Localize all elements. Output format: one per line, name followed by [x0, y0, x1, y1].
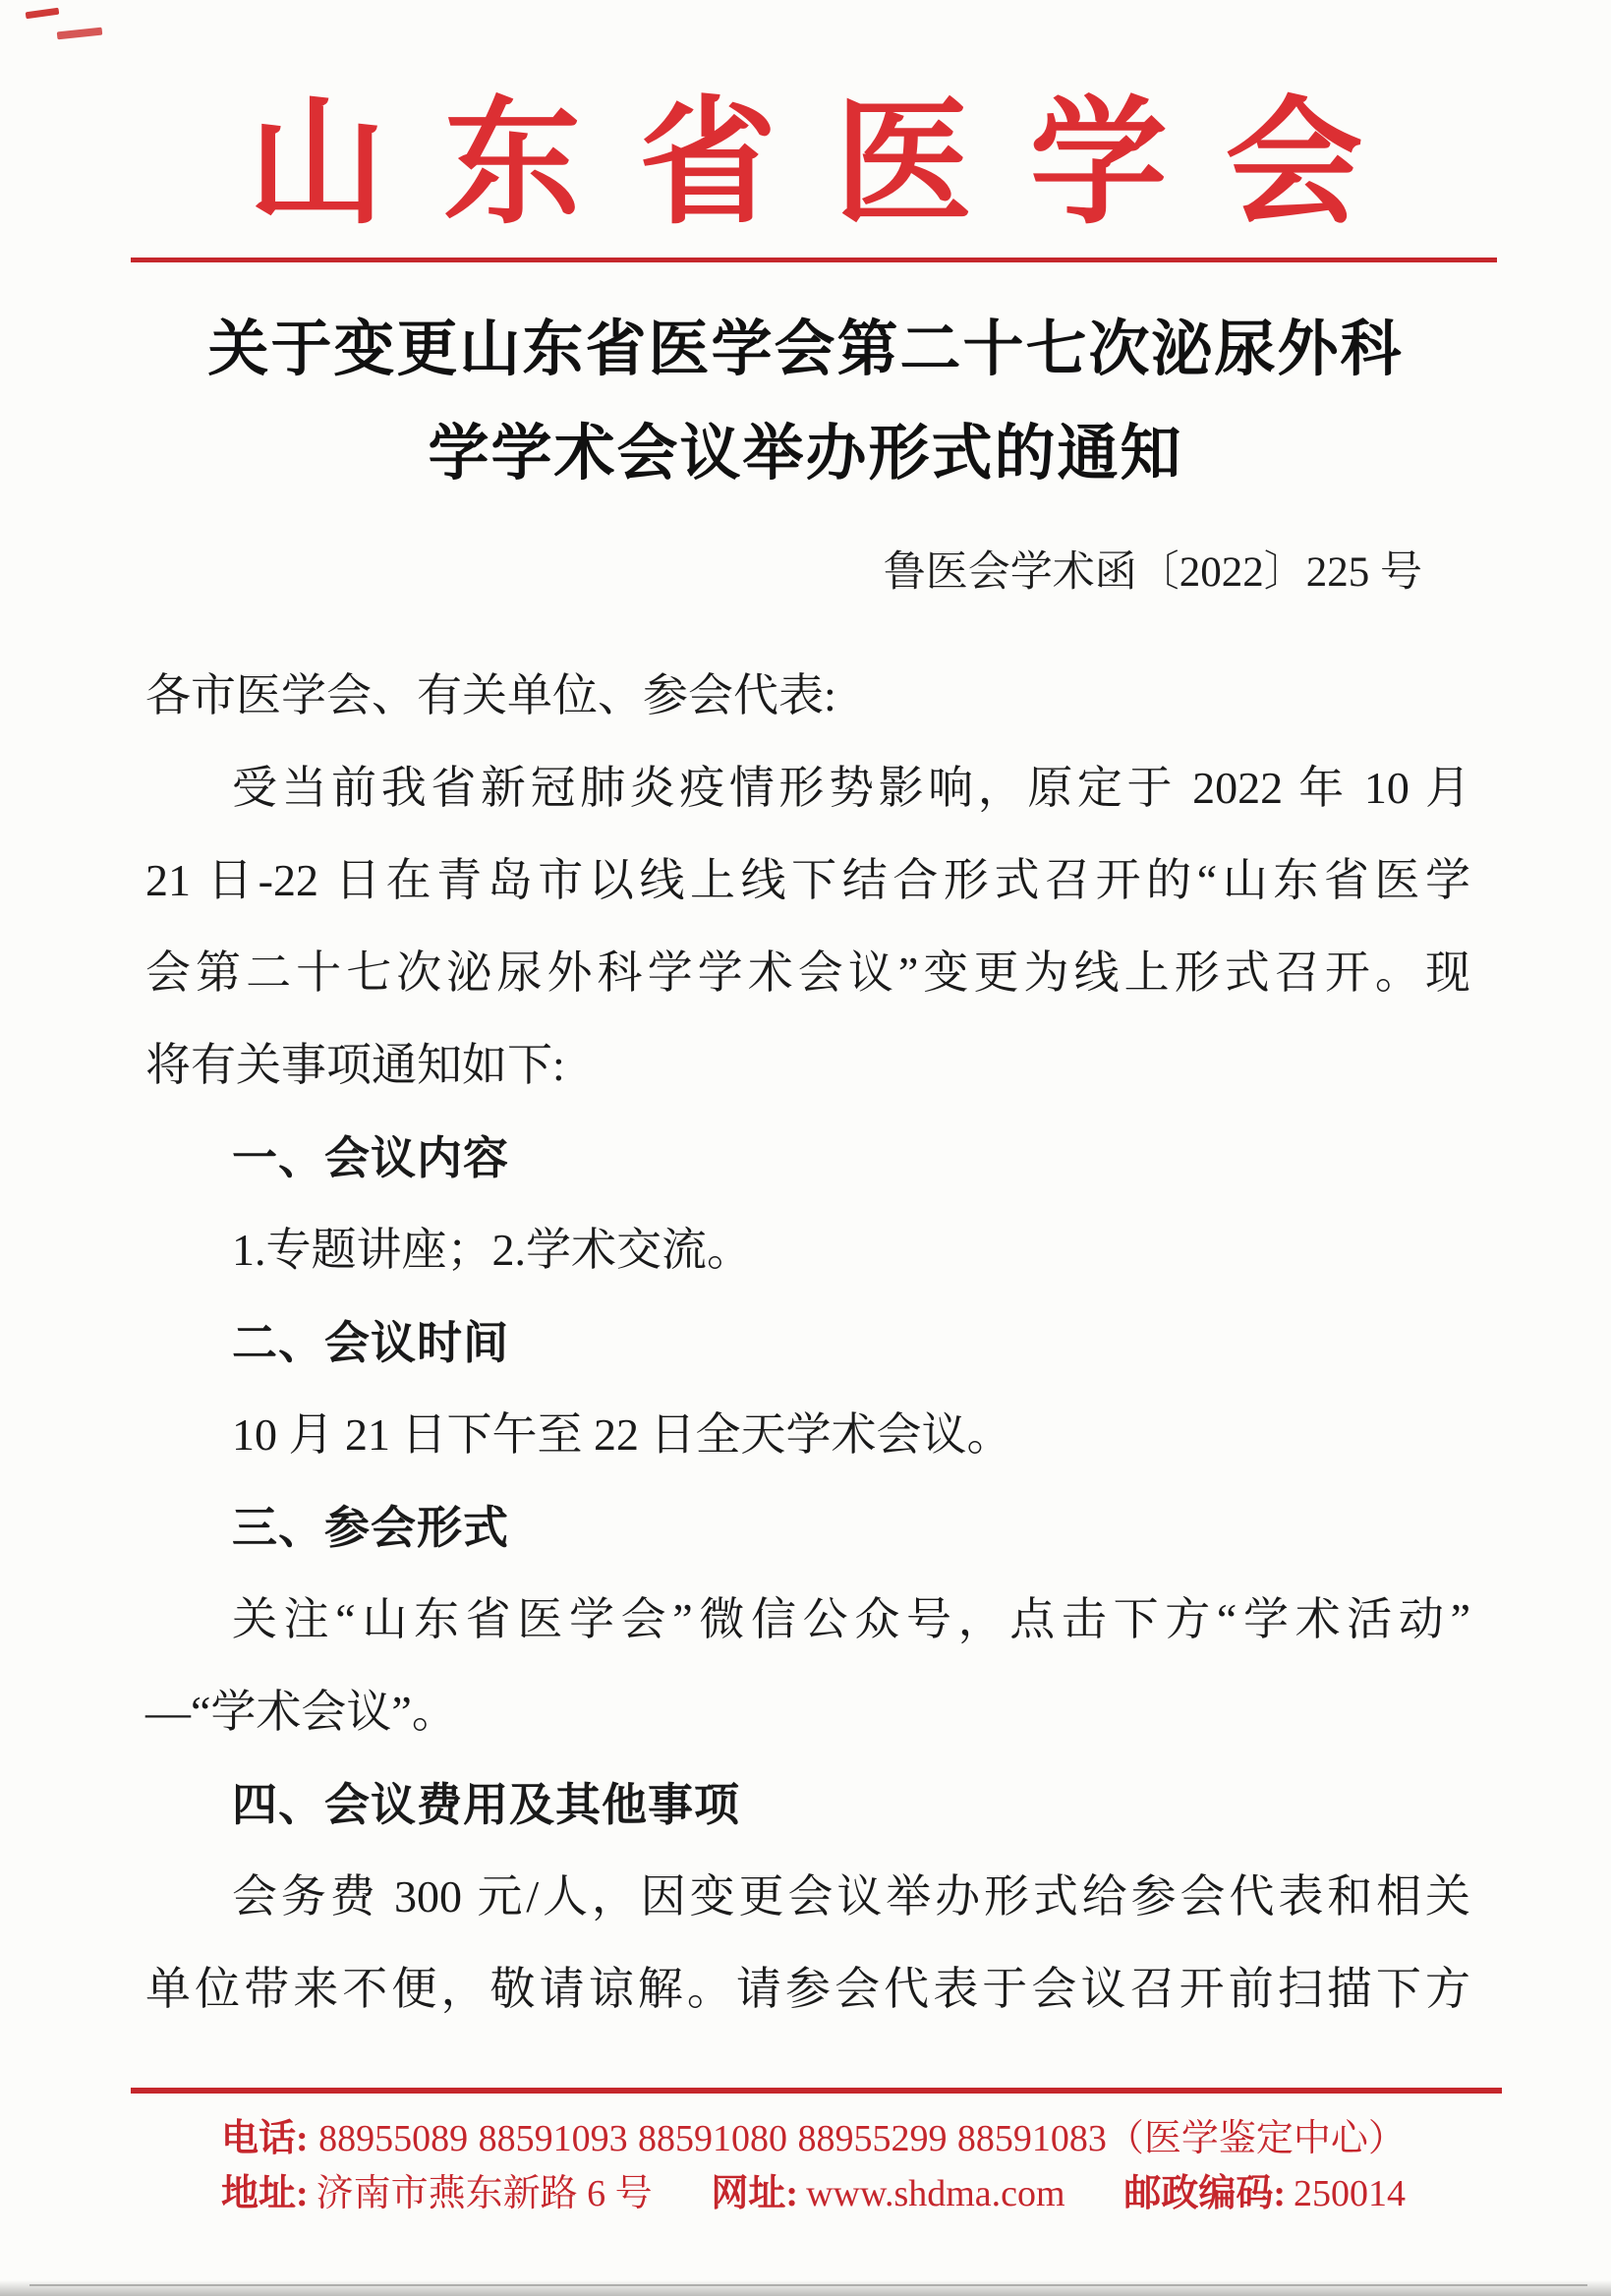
section-heading-1: 一、会议内容 — [145, 1112, 1470, 1204]
address-label: 地址: — [221, 2168, 309, 2219]
phone-number: 88955299 — [797, 2113, 947, 2164]
footer-phone-row: 电话: 88955089 88591093 88591080 88955299 … — [221, 2113, 1406, 2164]
footer-address-row: 地址: 济南市燕东新路 6 号 网址: www.shdma.com 邮政编码: … — [221, 2168, 1406, 2219]
title-line-2: 学学术会议举办形式的通知 — [0, 402, 1611, 506]
phone-number-with-note: 88591083（医学鉴定中心） — [957, 2113, 1406, 2164]
body-line: 将有关事项通知如下: — [145, 1019, 1470, 1112]
section-heading-4: 四、会议费用及其他事项 — [145, 1758, 1470, 1851]
scan-edge-shadow — [0, 2280, 1611, 2296]
document-body: 各市医学会、有关单位、参会代表: 受当前我省新冠肺炎疫情形势影响，原定于 202… — [145, 650, 1470, 2036]
document-title: 关于变更山东省医学会第二十七次泌尿外科 学学术会议举办形式的通知 — [0, 298, 1611, 506]
body-line: —“学术会议”。 — [145, 1666, 1470, 1758]
scan-artifact — [26, 8, 60, 20]
address-group: 地址: 济南市燕东新路 6 号 — [221, 2168, 653, 2219]
postcode-label: 邮政编码: — [1123, 2168, 1286, 2219]
body-line: 受当前我省新冠肺炎疫情形势影响，原定于 2022 年 10 月 — [145, 742, 1470, 834]
body-line: 单位带来不便，敬请谅解。请参会代表于会议召开前扫描下方 — [145, 1943, 1470, 2036]
phone-number: 88591080 — [638, 2113, 787, 2164]
footer-divider — [131, 2088, 1502, 2094]
body-line: 关注“山东省医学会”微信公众号，点击下方“学术活动” — [145, 1574, 1470, 1666]
phone-number: 88955089 — [318, 2113, 468, 2164]
body-line-salutation: 各市医学会、有关单位、参会代表: — [145, 650, 1470, 742]
body-line: 会务费 300 元/人，因变更会议举办形式给参会代表和相关 — [145, 1851, 1470, 1943]
body-line: 1.专题讲座；2.学术交流。 — [145, 1204, 1470, 1296]
document-page: 山东省医学会 关于变更山东省医学会第二十七次泌尿外科 学学术会议举办形式的通知 … — [0, 0, 1611, 2296]
postcode-value: 250014 — [1294, 2168, 1406, 2219]
phone-label: 电话: — [221, 2113, 309, 2164]
phone-number: 88591093 — [479, 2113, 628, 2164]
postcode-group: 邮政编码: 250014 — [1123, 2168, 1406, 2219]
website-label: 网址: — [711, 2168, 798, 2219]
org-name-header: 山东省医学会 — [0, 86, 1611, 244]
org-name-text: 山东省医学会 — [248, 88, 1420, 241]
scan-artifact — [57, 28, 103, 40]
address-value: 济南市燕东新路 6 号 — [316, 2168, 653, 2219]
section-heading-2: 二、会议时间 — [145, 1296, 1470, 1389]
body-line: 10 月 21 日下午至 22 日全天学术会议。 — [145, 1389, 1470, 1481]
website-value: www.shdma.com — [806, 2168, 1065, 2219]
document-number: 鲁医会学术函〔2022〕225 号 — [0, 539, 1611, 599]
title-line-1: 关于变更山东省医学会第二十七次泌尿外科 — [0, 298, 1611, 402]
body-line: 21 日-22 日在青岛市以线上线下结合形式召开的“山东省医学 — [145, 834, 1470, 927]
section-heading-3: 三、参会形式 — [145, 1481, 1470, 1574]
body-line: 会第二十七次泌尿外科学学术会议”变更为线上形式召开。现 — [145, 927, 1470, 1019]
website-group: 网址: www.shdma.com — [711, 2168, 1064, 2219]
header-divider — [131, 258, 1497, 262]
